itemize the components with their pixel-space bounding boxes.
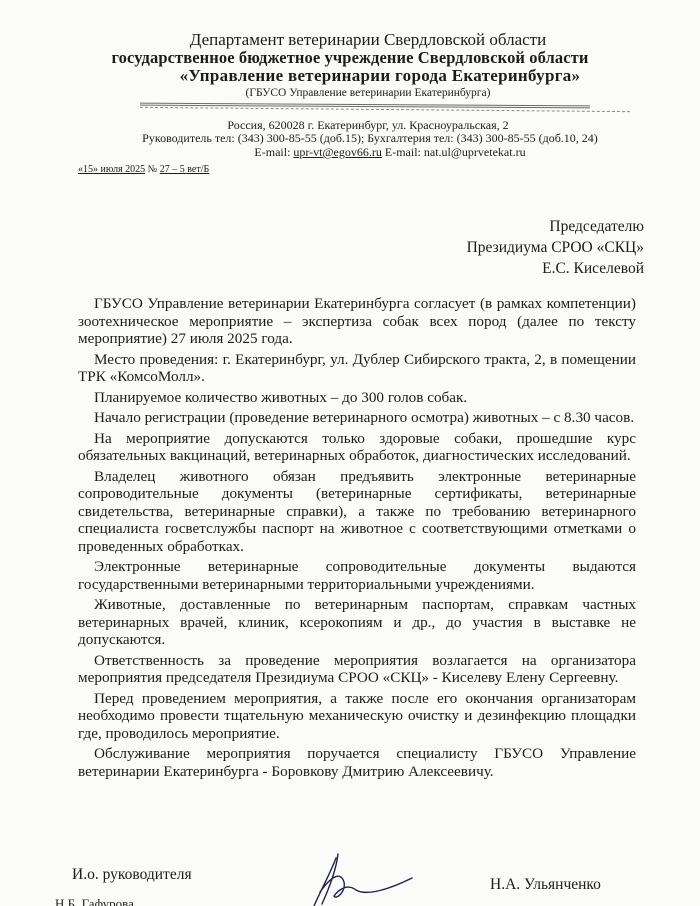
- email-secondary[interactable]: nat.ul@uprvetekat.ru: [424, 145, 526, 159]
- department-name: Департамент ветеринарии Свердловской обл…: [18, 30, 700, 50]
- institution-name: государственное бюджетное учреждение Све…: [0, 48, 700, 68]
- paragraph-approval: ГБУСО Управление ветеринарии Екатеринбур…: [78, 295, 636, 348]
- paragraph-responsibility: Ответственность за проведение мероприяти…: [78, 652, 636, 687]
- addressee-position: Председателю: [467, 216, 644, 237]
- paragraph-animal-count: Планируемое количество животных – до 300…: [78, 389, 636, 407]
- email-label: E-mail:: [254, 145, 293, 159]
- signatory-name: Н.А. Ульянченко: [490, 876, 601, 894]
- emails: E-mail: upr-vt@egov66.ru E-mail: nat.ul@…: [40, 145, 700, 160]
- paragraph-admission-rules: На мероприятие допускаются только здоров…: [78, 430, 636, 465]
- letter-page: Департамент ветеринарии Свердловской обл…: [0, 0, 700, 906]
- handwritten-signature-icon: [300, 852, 440, 906]
- document-reference: «15» июля 2025 № 27 – 5 вет/Б: [78, 164, 209, 175]
- signatory-position: И.о. руководителя: [72, 866, 192, 884]
- email-link-primary[interactable]: upr-vt@egov66.ru: [293, 145, 381, 159]
- addressee-block: Председателю Президиума СРОО «СКЦ» Е.С. …: [467, 216, 644, 279]
- paragraph-disinfection: Перед проведением мероприятия, а также п…: [78, 690, 636, 743]
- paragraph-service-specialist: Обслуживание мероприятия поручается спец…: [78, 745, 636, 780]
- addressee-organization: Президиума СРОО «СКЦ»: [467, 237, 644, 258]
- institution-title: «Управление ветеринарии города Екатеринб…: [30, 66, 700, 86]
- phone-numbers: Руководитель тел: (343) 300-85-55 (доб.1…: [20, 131, 700, 146]
- paragraph-venue: Место проведения: г. Екатеринбург, ул. Д…: [78, 351, 636, 386]
- paragraph-electronic-documents: Электронные ветеринарные сопроводительны…: [78, 558, 636, 593]
- document-date: «15» июля 2025: [78, 164, 145, 175]
- paragraph-owner-documents: Владелец животного обязан предъявить эле…: [78, 468, 636, 556]
- paragraph-registration-time: Начало регистрации (проведение ветеринар…: [78, 409, 636, 427]
- institution-short-name: (ГБУСО Управление ветеринарии Екатеринбу…: [18, 87, 700, 99]
- letter-body: ГБУСО Управление ветеринарии Екатеринбур…: [78, 295, 636, 783]
- executor-name: Н.Б. Гафурова: [55, 896, 134, 906]
- paragraph-not-admitted: Животные, доставленные по ветеринарным п…: [78, 596, 636, 649]
- number-sign: №: [145, 164, 160, 175]
- email-label: E-mail:: [382, 145, 424, 159]
- addressee-name: Е.С. Киселевой: [467, 258, 644, 279]
- document-number: 27 – 5 вет/Б: [160, 164, 210, 175]
